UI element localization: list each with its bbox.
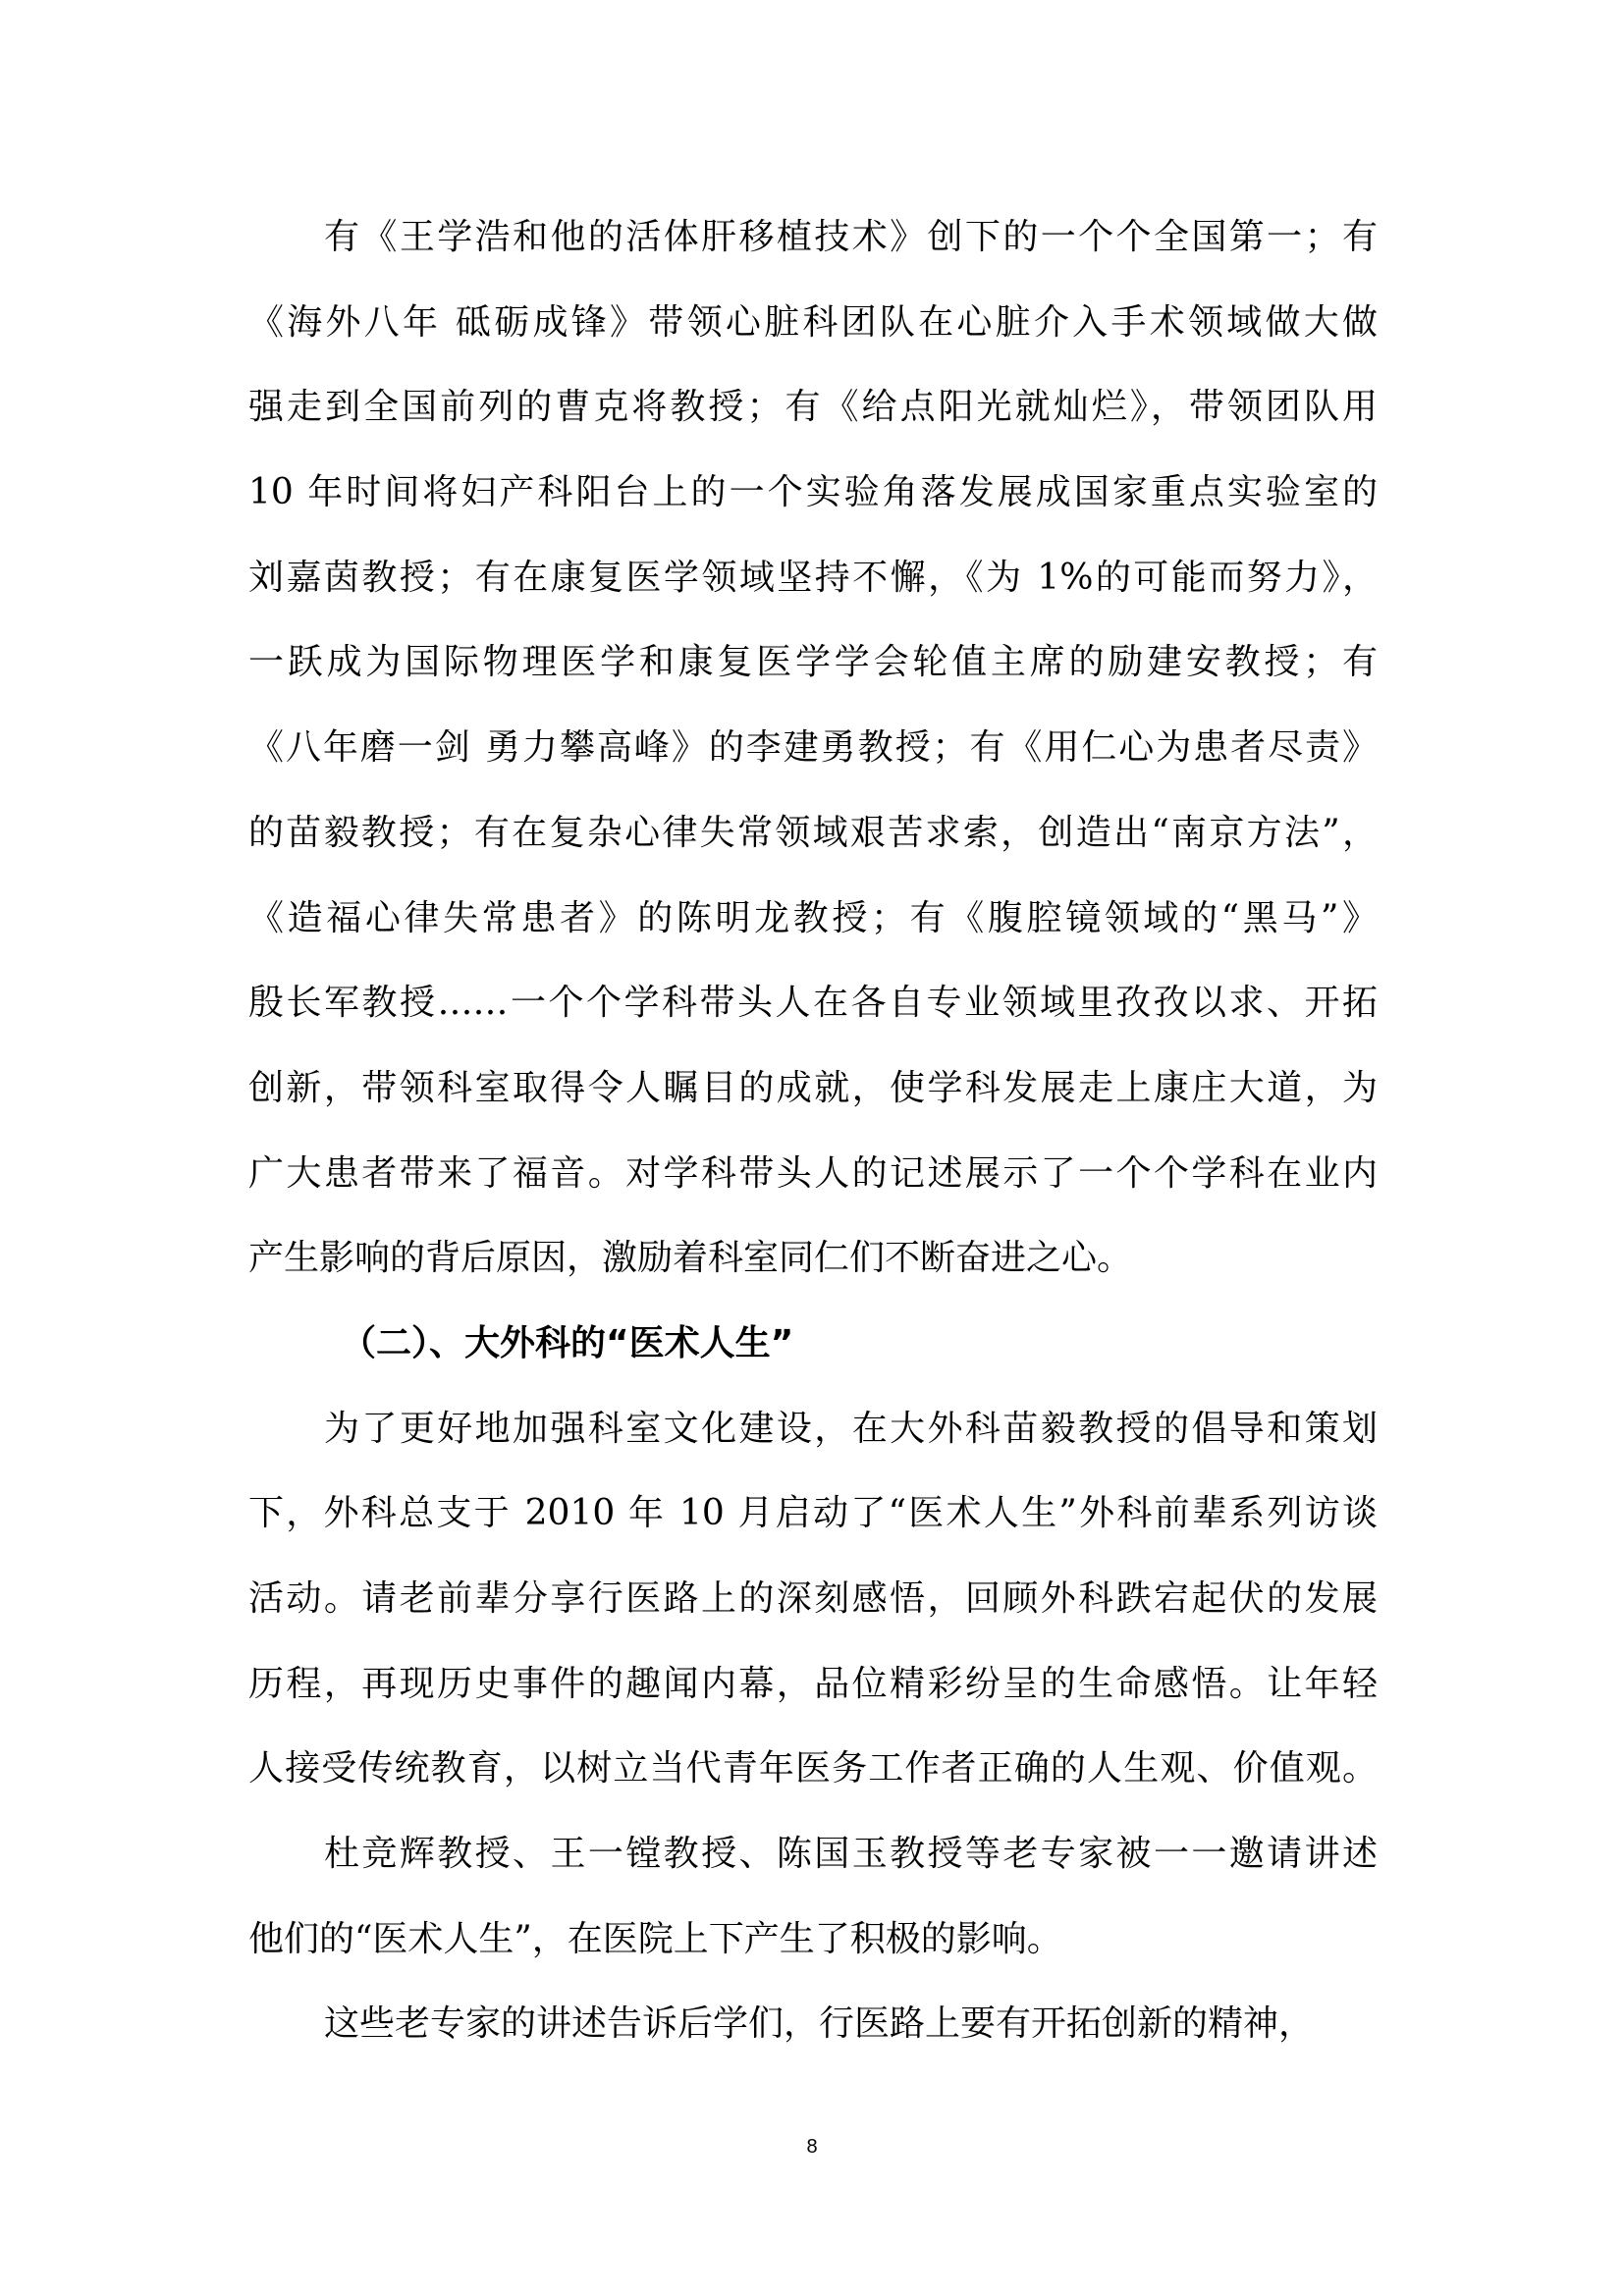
text-line: 刘嘉茵教授；有在康复医学领域坚持不懈，《为 1%的可能而努力》，	[248, 536, 1378, 621]
text-line: 广大患者带来了福音。对学科带头人的记述展示了一个个学科在业内	[248, 1132, 1378, 1217]
page-number: 8	[0, 2136, 1624, 2159]
text-line: 这些老专家的讲述告诉后学们，行医路上要有开拓创新的精神，	[248, 1982, 1378, 2067]
text-line: 殷长军教授……一个个学科带头人在各自专业领域里孜孜以求、开拓	[248, 961, 1378, 1046]
text-line: 人接受传统教育，以树立当代青年医务工作者正确的人生观、价值观。	[248, 1727, 1378, 1812]
text-line: 历程，再现历史事件的趣闻内幕，品位精彩纷呈的生命感悟。让年轻	[248, 1642, 1378, 1728]
text-line: 一跃成为国际物理医学和康复医学学会轮值主席的励建安教授；有	[248, 620, 1378, 706]
text-line: 产生影响的背后原因，激励着科室同仁们不断奋进之心。	[248, 1216, 1378, 1302]
paragraph-medical-life-intro: 为了更好地加强科室文化建设，在大外科苗毅教授的倡导和策划 下，外科总支于 201…	[248, 1387, 1378, 1812]
text-line: 杜竞辉教授、王一镗教授、陈国玉教授等老专家被一一邀请讲述	[248, 1812, 1378, 1897]
text-line: 强走到全国前列的曹克将教授；有《给点阳光就灿烂》，带领团队用	[248, 365, 1378, 451]
text-line: 有《王学浩和他的活体肝移植技术》创下的一个个全国第一；有	[248, 195, 1378, 281]
text-line: 下，外科总支于 2010 年 10 月启动了“医术人生”外科前辈系列访谈	[248, 1471, 1378, 1557]
document-page: 有《王学浩和他的活体肝移植技术》创下的一个个全国第一；有 《海外八年 砥砺成锋》…	[0, 0, 1624, 2296]
text-line: 《八年磨一剑 勇力攀高峰》的李建勇教授；有《用仁心为患者尽责》	[248, 706, 1378, 791]
text-line: 《海外八年 砥砺成锋》带领心脏科团队在心脏介入手术领域做大做	[248, 281, 1378, 366]
text-line: 活动。请老前辈分享行医路上的深刻感悟，回顾外科跌宕起伏的发展	[248, 1557, 1378, 1642]
text-line: 的苗毅教授；有在复杂心律失常领域艰苦求索，创造出“南京方法”，	[248, 791, 1378, 877]
page-body: 有《王学浩和他的活体肝移植技术》创下的一个个全国第一；有 《海外八年 砥砺成锋》…	[248, 195, 1378, 2067]
paragraph-invited-experts: 杜竞辉教授、王一镗教授、陈国玉教授等老专家被一一邀请讲述 他们的“医术人生”，在…	[248, 1812, 1378, 1982]
paragraph-subject-leaders: 有《王学浩和他的活体肝移植技术》创下的一个个全国第一；有 《海外八年 砥砺成锋》…	[248, 195, 1378, 1302]
section-heading: （二）、大外科的“医术人生”	[248, 1302, 1378, 1387]
text-line: 《造福心律失常患者》的陈明龙教授；有《腹腔镜领域的“黑马”》	[248, 877, 1378, 962]
text-line: 创新，带领科室取得令人瞩目的成就，使学科发展走上康庄大道，为	[248, 1046, 1378, 1132]
text-line: 他们的“医术人生”，在医院上下产生了积极的影响。	[248, 1897, 1378, 1983]
paragraph-experts-lessons: 这些老专家的讲述告诉后学们，行医路上要有开拓创新的精神，	[248, 1982, 1378, 2067]
text-line: 10 年时间将妇产科阳台上的一个实验角落发展成国家重点实验室的	[248, 451, 1378, 536]
text-line: 为了更好地加强科室文化建设，在大外科苗毅教授的倡导和策划	[248, 1387, 1378, 1472]
